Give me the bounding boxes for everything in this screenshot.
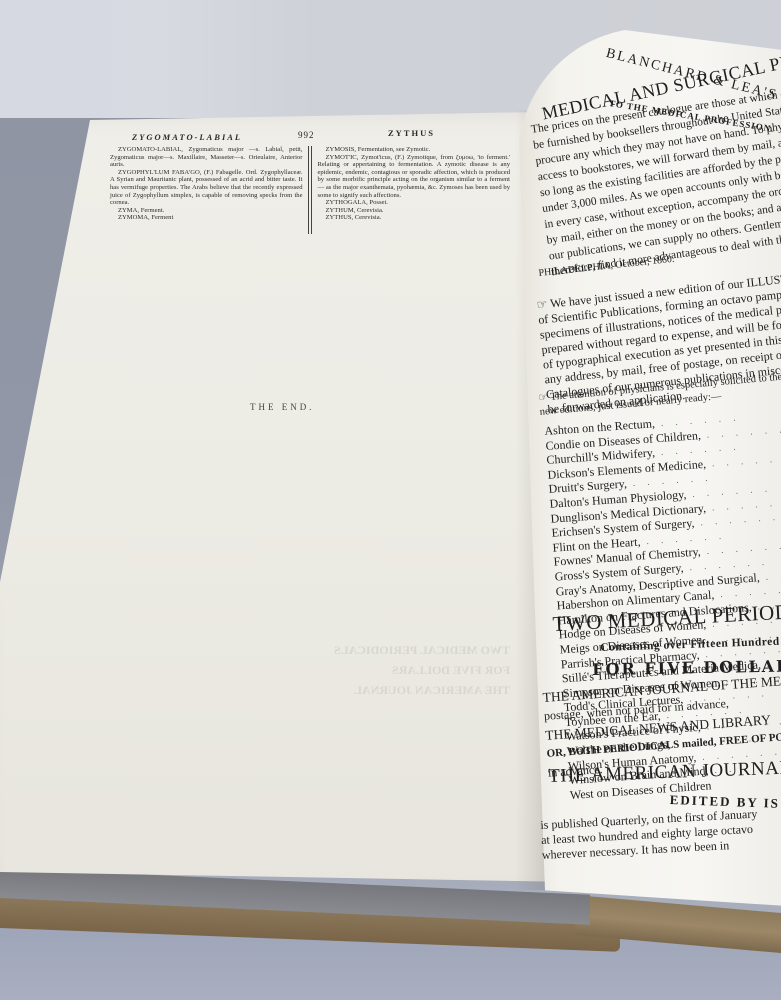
- dictionary-columns: ZYGOMATO-LABIAL, Zygomaticus major —s. L…: [110, 146, 510, 234]
- entry: ZYMOMA, Ferment: [110, 214, 303, 222]
- entry: ZYTHOGALA, Posset.: [317, 199, 510, 207]
- running-head-right: ZYTHUS: [388, 128, 435, 138]
- entry: ZYMA, Ferment.: [110, 207, 303, 215]
- dictionary-page-content: ZYGOMATO-LABIAL 992 ZYTHUS ZYGOMATO-LABI…: [110, 128, 510, 234]
- entry: ZYGOPHYL'LUM FABA'GO, (F.) Fabagelle. Or…: [110, 169, 303, 207]
- entry: ZYTHUM, Cerevisia.: [317, 207, 510, 215]
- the-end-text: THE END.: [250, 402, 315, 412]
- running-head-left: ZYGOMATO-LABIAL: [132, 132, 242, 142]
- bleed-through-text: TWO MEDICAL PERIODICALS FOR FIVE DOLLARS…: [160, 640, 510, 700]
- entry: ZYGOMATO-LABIAL, Zygomaticus major —s. L…: [110, 146, 303, 169]
- column-divider: [308, 146, 313, 234]
- running-head: ZYGOMATO-LABIAL 992 ZYTHUS: [110, 128, 510, 146]
- entry: ZYTHUS, Cerevisia.: [317, 214, 510, 222]
- column-left: ZYGOMATO-LABIAL, Zygomaticus major —s. L…: [110, 146, 303, 234]
- column-right: ZYMOSIS, Fermentation, see Zymotic. ZYMO…: [317, 146, 510, 234]
- entry: ZYMOT'IC, Zymot'icus, (F.) Zymotique, fr…: [317, 154, 510, 200]
- entry: ZYMOSIS, Fermentation, see Zymotic.: [317, 146, 510, 154]
- page-number: 992: [298, 130, 315, 140]
